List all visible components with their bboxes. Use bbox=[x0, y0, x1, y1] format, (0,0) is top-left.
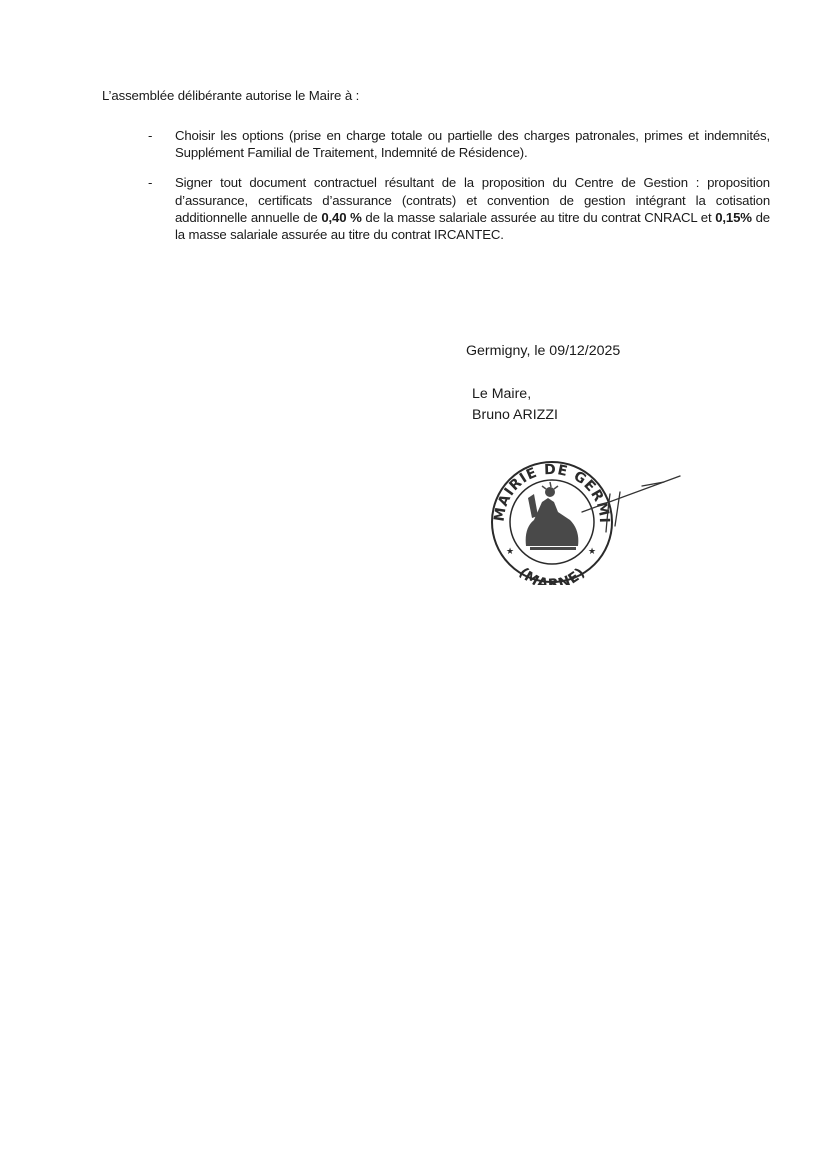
svg-text:★: ★ bbox=[588, 546, 596, 556]
place-date: Germigny, le 09/12/2025 bbox=[466, 343, 620, 359]
authorization-list: - Choisir les options (prise en charge t… bbox=[148, 127, 770, 256]
svg-text:★: ★ bbox=[506, 546, 514, 556]
list-item: - Choisir les options (prise en charge t… bbox=[148, 127, 770, 161]
ircantec-rate: 0,15% bbox=[715, 210, 752, 225]
signatory: Le Maire, Bruno ARIZZI bbox=[472, 384, 558, 426]
signatory-name: Bruno ARIZZI bbox=[472, 405, 558, 426]
intro-text: L’assemblée délibérante autorise le Mair… bbox=[102, 88, 359, 103]
svg-text:(MARNE): (MARNE) bbox=[515, 564, 588, 585]
document-page: L’assemblée délibérante autorise le Mair… bbox=[0, 0, 826, 1168]
bullet-dash: - bbox=[148, 174, 152, 191]
cnracl-rate: 0,40 % bbox=[321, 210, 361, 225]
bullet-dash: - bbox=[148, 127, 152, 144]
item-text: de la masse salariale assurée au titre d… bbox=[362, 210, 716, 225]
list-item: - Signer tout document contractuel résul… bbox=[148, 174, 770, 243]
item-text: Choisir les options (prise en charge tot… bbox=[175, 128, 770, 160]
signatory-role: Le Maire, bbox=[472, 384, 558, 405]
seal-stamp-icon: MAIRIE DE GERMIGNY (MARNE) ★ ★ bbox=[482, 450, 692, 585]
